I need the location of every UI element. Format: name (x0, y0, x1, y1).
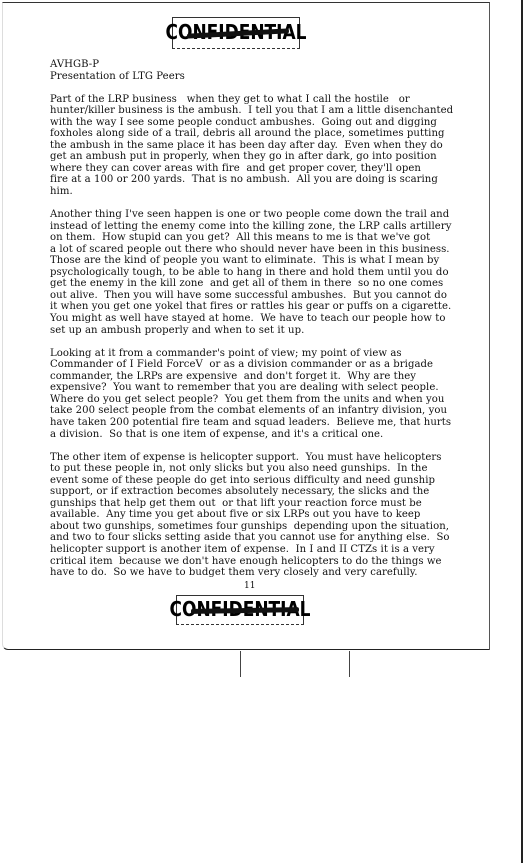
text-line: available. Any time you get about five o… (50, 509, 490, 521)
text-line: foxholes along side of a trail, debris a… (50, 128, 490, 140)
text-line: a lot of scared people out there who sho… (50, 244, 490, 256)
text-line: event some of these people do get into s… (50, 475, 490, 487)
text-line: it when you get one yokel that fires or … (50, 301, 490, 313)
text-line: helicopter support is another item of ex… (50, 544, 490, 556)
text-line: about two gunships, sometimes four gunsh… (50, 521, 490, 533)
fold-mark-left (240, 651, 241, 677)
text-line: Commander of I Field ForceV or as a divi… (50, 359, 490, 371)
text-line: Another thing I've seen happen is one or… (50, 209, 490, 221)
page-number: 11 (244, 581, 255, 591)
text-line: You might as well have stayed at home. W… (50, 313, 490, 325)
paragraph: Another thing I've seen happen is one or… (50, 209, 490, 336)
text-line: Where do you get select people? You get … (50, 394, 490, 406)
text-line: him. (50, 186, 490, 198)
text-line: take 200 select people from the combat e… (50, 405, 490, 417)
text-line: a division. So that is one item of expen… (50, 429, 490, 441)
text-line: The other item of expense is helicopter … (50, 452, 490, 464)
text-line: the ambush in the same place it has been… (50, 140, 490, 152)
classification-stamp-top: CONFIDENTIAL (172, 17, 300, 49)
text-line: set up an ambush properly and when to se… (50, 325, 490, 337)
text-line: commander, the LRPs are expensive and do… (50, 371, 490, 383)
text-line: critical item because we don't have enou… (50, 556, 490, 568)
document-subject: Presentation of LTG Peers (50, 71, 490, 83)
document-body: AVHGB-P Presentation of LTG Peers Part o… (50, 59, 490, 590)
text-line: get the enemy in the kill zone and get a… (50, 278, 490, 290)
text-line: gunships that help get them out or that … (50, 498, 490, 510)
text-line: have taken 200 potential fire team and s… (50, 417, 490, 429)
text-line: expensive? You want to remember that you… (50, 382, 490, 394)
paragraph: The other item of expense is helicopter … (50, 452, 490, 579)
text-line: Part of the LRP business when they get t… (50, 94, 490, 106)
text-line: with the way I see some people conduct a… (50, 117, 490, 129)
text-line: and two to four slicks setting aside tha… (50, 532, 490, 544)
paragraph: Looking at it from a commander's point o… (50, 348, 490, 440)
paragraphs: Part of the LRP business when they get t… (50, 94, 490, 579)
fold-mark-right (349, 651, 350, 677)
text-line: Looking at it from a commander's point o… (50, 348, 490, 360)
classification-stamp-bottom: CONFIDENTIAL (176, 595, 304, 625)
text-line: Those are the kind of people you want to… (50, 255, 490, 267)
text-line: to put these people in, not only slicks … (50, 463, 490, 475)
text-line: instead of letting the enemy come into t… (50, 221, 490, 233)
text-line: psychologically tough, to be able to han… (50, 267, 490, 279)
paragraph: Part of the LRP business when they get t… (50, 94, 490, 198)
text-line: fire at a 100 or 200 yards. That is no a… (50, 174, 490, 186)
text-line: where they can cover areas with fire and… (50, 163, 490, 175)
text-line: get an ambush put in properly, when they… (50, 151, 490, 163)
text-line: hunter/killer business is the ambush. I … (50, 105, 490, 117)
text-line: have to do. So we have to budget them ve… (50, 567, 490, 579)
text-line: on them. How stupid can you get? All thi… (50, 232, 490, 244)
scan-edge-line (521, 0, 523, 863)
reference-code: AVHGB-P (50, 59, 490, 71)
text-line: support, or if extraction becomes absolu… (50, 486, 490, 498)
text-line: out alive. Then you will have some succe… (50, 290, 490, 302)
